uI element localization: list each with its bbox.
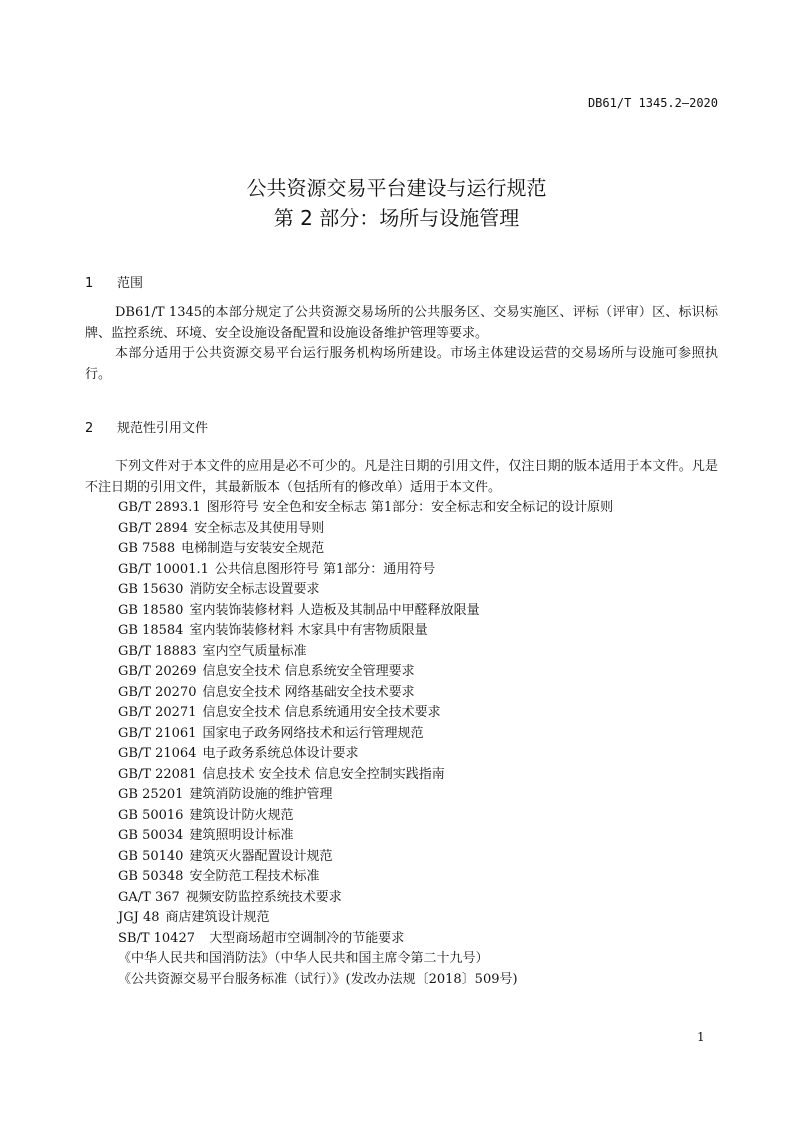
reference-list: GB/T 2893.1图形符号 安全色和安全标志 第1部分：安全标志和安全标记的… [118, 498, 613, 990]
reference-item: GB/T 22081信息技术 安全技术 信息安全控制实践指南 [118, 765, 613, 786]
reference-code: GB 50348 [118, 869, 183, 884]
section-heading-normative-references: 2规范性引用文件 [85, 417, 208, 436]
reference-code: GB/T 20271 [118, 705, 196, 720]
reference-code: GB/T 21064 [118, 746, 196, 761]
reference-title: 信息技术 安全技术 信息安全控制实践指南 [202, 767, 444, 782]
reference-title: 室内空气质量标准 [202, 644, 306, 659]
reference-item: GB 18580室内装饰装修材料 人造板及其制品中甲醛释放限量 [118, 601, 613, 622]
reference-item: GB 7588电梯制造与安装安全规范 [118, 539, 613, 560]
reference-code: GB/T 18883 [118, 644, 196, 659]
reference-item: JGJ 48商店建筑设计规范 [118, 908, 613, 929]
reference-code: GB/T 20269 [118, 664, 196, 679]
references-intro-paragraph: 下列文件对于本文件的应用是必不可少的。凡是注日期的引用文件，仅注日期的版本适用于… [85, 457, 718, 498]
scope-paragraph-1: DB61/T 1345的本部分规定了公共资源交易场所的公共服务区、交易实施区、评… [85, 303, 718, 344]
scope-paragraph-2: 本部分适用于公共资源交易平台运行服务机构场所建设。市场主体建设运营的交易场所与设… [85, 344, 718, 385]
reference-code: GB/T 20270 [118, 685, 196, 700]
reference-title: 建筑设计防火规范 [189, 808, 293, 823]
reference-code: JGJ 48 [118, 910, 159, 925]
reference-item: GB 50034建筑照明设计标准 [118, 826, 613, 847]
reference-title: 大型商场超市空调制冷的节能要求 [201, 931, 404, 946]
reference-title: 电梯制造与安装安全规范 [181, 541, 324, 556]
reference-title: 电子政务系统总体设计要求 [202, 746, 358, 761]
document-title: 公共资源交易平台建设与运行规范 [0, 174, 793, 202]
reference-title: 建筑照明设计标准 [189, 828, 293, 843]
reference-code: 《中华人民共和国消防法》 [118, 951, 274, 966]
reference-title: 室内装饰装修材料 木家具中有害物质限量 [189, 623, 427, 638]
reference-title: 公共信息图形符号 第1部分：通用符号 [215, 562, 435, 577]
reference-item: 《中华人民共和国消防法》（中华人民共和国主席令第二十九号） [118, 949, 613, 970]
reference-code: GB 50140 [118, 849, 183, 864]
reference-title: 安全标志及其使用导则 [194, 521, 324, 536]
reference-item: GB 50016建筑设计防火规范 [118, 806, 613, 827]
reference-title: 安全防范工程技术标准 [189, 869, 319, 884]
section-title: 范围 [117, 276, 143, 291]
reference-code: GB 25201 [118, 787, 183, 802]
reference-item: GB 50140建筑灭火器配置设计规范 [118, 847, 613, 868]
reference-item: GB/T 21064电子政务系统总体设计要求 [118, 744, 613, 765]
reference-code: GB 50016 [118, 808, 183, 823]
reference-title: 国家电子政务网络技术和运行管理规范 [202, 726, 423, 741]
reference-code: 《公共资源交易平台服务标准（试行）》 [118, 972, 346, 987]
reference-code: GB 7588 [118, 541, 175, 556]
reference-title: 信息安全技术 网络基础安全技术要求 [202, 685, 414, 700]
section-number: 1 [85, 276, 117, 291]
reference-title: 商店建筑设计规范 [165, 910, 269, 925]
page-number: 1 [697, 1030, 705, 1044]
reference-item: GB/T 20271信息安全技术 信息系统通用安全技术要求 [118, 703, 613, 724]
reference-item: GB 15630消防安全标志设置要求 [118, 580, 613, 601]
reference-title: 信息安全技术 信息系统安全管理要求 [202, 664, 414, 679]
reference-item: GB/T 21061国家电子政务网络技术和运行管理规范 [118, 724, 613, 745]
reference-item: 《公共资源交易平台服务标准（试行）》(发改办法规〔2018〕509号) [118, 970, 613, 991]
section-heading-scope: 1范围 [85, 272, 143, 291]
reference-item: GB/T 18883室内空气质量标准 [118, 642, 613, 663]
reference-item: GB/T 2893.1图形符号 安全色和安全标志 第1部分：安全标志和安全标记的… [118, 498, 613, 519]
reference-title: 室内装饰装修材料 人造板及其制品中甲醛释放限量 [189, 603, 479, 618]
reference-code: GB 18580 [118, 603, 183, 618]
reference-title: (发改办法规〔2018〕509号) [346, 972, 518, 987]
reference-item: GB/T 10001.1公共信息图形符号 第1部分：通用符号 [118, 560, 613, 581]
reference-code: GB/T 10001.1 [118, 562, 209, 577]
reference-title: 图形符号 安全色和安全标志 第1部分：安全标志和安全标记的设计原则 [207, 500, 614, 515]
document-subtitle: 第 2 部分：场所与设施管理 [0, 204, 793, 232]
reference-item: SB/T 10427 大型商场超市空调制冷的节能要求 [118, 929, 613, 950]
reference-code: GB/T 22081 [118, 767, 196, 782]
reference-title: 消防安全标志设置要求 [189, 582, 319, 597]
reference-code: GA/T 367 [118, 890, 180, 905]
reference-code: GB/T 21061 [118, 726, 196, 741]
reference-code: GB/T 2893.1 [118, 500, 201, 515]
reference-title: 信息安全技术 信息系统通用安全技术要求 [202, 705, 440, 720]
reference-item: GB 25201建筑消防设施的维护管理 [118, 785, 613, 806]
reference-code: GB 15630 [118, 582, 183, 597]
section-title: 规范性引用文件 [117, 421, 208, 436]
reference-title: （中华人民共和国主席令第二十九号） [274, 951, 489, 966]
section-number: 2 [85, 421, 117, 436]
reference-code: SB/T 10427 [118, 931, 195, 946]
reference-title: 建筑消防设施的维护管理 [189, 787, 332, 802]
reference-item: GB/T 20269信息安全技术 信息系统安全管理要求 [118, 662, 613, 683]
reference-code: GB/T 2894 [118, 521, 188, 536]
standard-code-header: DB61/T 1345.2—2020 [588, 96, 718, 110]
reference-item: GB/T 20270信息安全技术 网络基础安全技术要求 [118, 683, 613, 704]
reference-code: GB 18584 [118, 623, 183, 638]
reference-title: 建筑灭火器配置设计规范 [189, 849, 332, 864]
reference-title: 视频安防监控系统技术要求 [186, 890, 342, 905]
reference-item: GB 50348安全防范工程技术标准 [118, 867, 613, 888]
reference-item: GB/T 2894安全标志及其使用导则 [118, 519, 613, 540]
reference-item: GA/T 367视频安防监控系统技术要求 [118, 888, 613, 909]
reference-code: GB 50034 [118, 828, 183, 843]
reference-item: GB 18584室内装饰装修材料 木家具中有害物质限量 [118, 621, 613, 642]
